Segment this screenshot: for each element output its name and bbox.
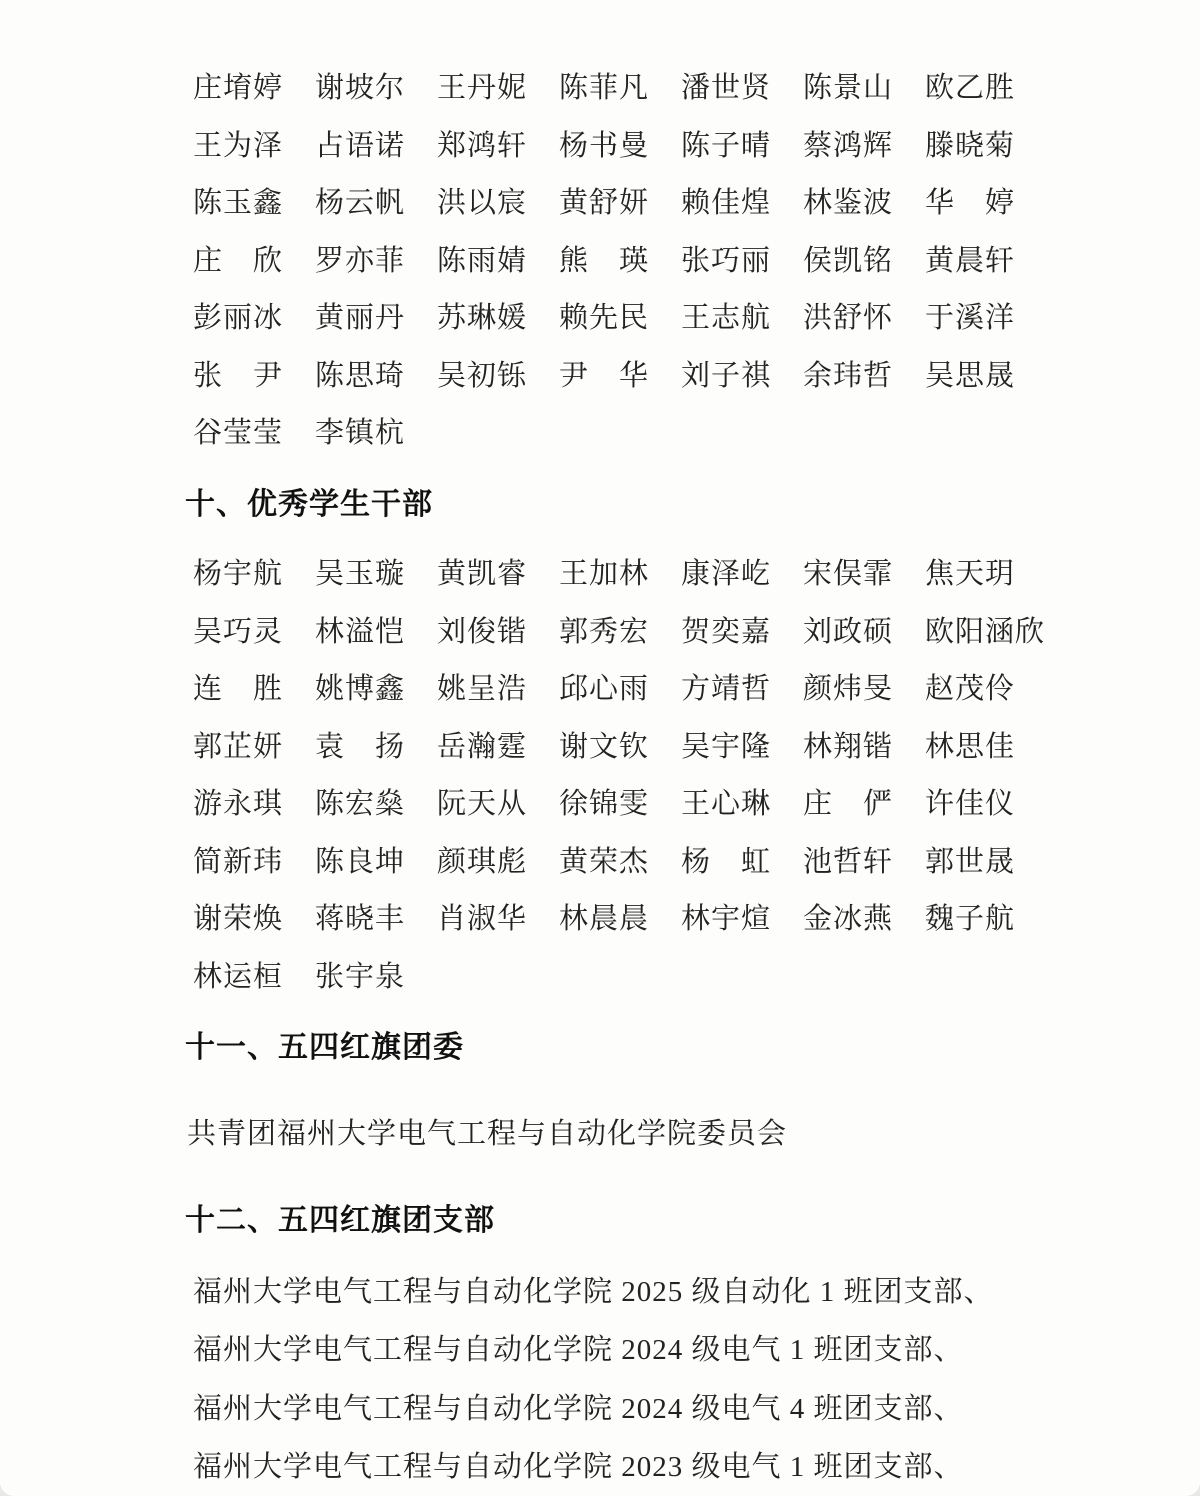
name-row: 彭丽冰黄丽丹苏琳媛赖先民王志航洪舒怀于溪洋	[193, 290, 1060, 348]
person-name: 黄荣杰	[559, 834, 681, 892]
name-row: 庄 欣罗亦菲陈雨婧熊 瑛张巧丽侯凯铭黄晨轩	[193, 233, 1060, 291]
person-name: 杨 虹	[681, 834, 803, 892]
name-row: 庄堉婷谢坡尔王丹妮陈菲凡潘世贤陈景山欧乙胜	[193, 60, 1060, 118]
person-name: 林运桓	[193, 949, 315, 1007]
person-name: 颜炜旻	[803, 661, 925, 719]
person-name: 黄舒妍	[559, 175, 681, 233]
person-name: 袁 扬	[315, 719, 437, 777]
name-row: 陈玉鑫杨云帆洪以宸黄舒妍赖佳煌林鉴波华 婷	[193, 175, 1060, 233]
section-heading-red-flag-league-committee: 十一、五四红旗团委	[185, 1019, 1060, 1077]
person-name: 康泽屹	[681, 546, 803, 604]
person-name: 肖淑华	[437, 891, 559, 949]
name-row: 谷莹莹李镇杭	[193, 405, 1060, 463]
person-name: 余玮哲	[803, 348, 925, 406]
person-name: 郭芷妍	[193, 719, 315, 777]
league-branch-line: 福州大学电气工程与自动化学院 2024 级电气 4 班团支部、	[193, 1380, 1060, 1439]
person-name: 岳瀚霆	[437, 719, 559, 777]
person-name: 刘子祺	[681, 348, 803, 406]
person-name: 姚博鑫	[315, 661, 437, 719]
person-name: 吴初铄	[437, 348, 559, 406]
person-name: 洪舒怀	[803, 290, 925, 348]
person-name: 魏子航	[925, 891, 1065, 949]
person-name: 彭丽冰	[193, 290, 315, 348]
league-branch-line: 福州大学电气工程与自动化学院 2025 级自动化 1 班团支部、	[193, 1263, 1060, 1322]
red-flag-league-branch-list: 福州大学电气工程与自动化学院 2025 级自动化 1 班团支部、福州大学电气工程…	[193, 1263, 1060, 1496]
person-name: 欧阳涵欣	[925, 604, 1065, 662]
person-name: 林晨晨	[559, 891, 681, 949]
name-row: 连 胜姚博鑫姚呈浩邱心雨方靖哲颜炜旻赵茂伶	[193, 661, 1060, 719]
person-name: 熊 瑛	[559, 233, 681, 291]
name-row: 王为泽占语诺郑鸿轩杨书曼陈子晴蔡鸿辉滕晓菊	[193, 118, 1060, 176]
person-name: 郭世晟	[925, 834, 1065, 892]
person-name: 陈雨婧	[437, 233, 559, 291]
person-name: 张 尹	[193, 348, 315, 406]
person-name: 潘世贤	[681, 60, 803, 118]
person-name: 庄堉婷	[193, 60, 315, 118]
person-name: 谢荣焕	[193, 891, 315, 949]
person-name: 林溢恺	[315, 604, 437, 662]
person-name: 邱心雨	[559, 661, 681, 719]
person-name: 赖先民	[559, 290, 681, 348]
person-name: 陈玉鑫	[193, 175, 315, 233]
person-name: 陈良坤	[315, 834, 437, 892]
person-name: 赖佳煌	[681, 175, 803, 233]
person-name: 侯凯铭	[803, 233, 925, 291]
person-name: 罗亦菲	[315, 233, 437, 291]
person-name: 谷莹莹	[193, 405, 315, 463]
person-name: 林思佳	[925, 719, 1065, 777]
name-row: 游永琪陈宏燊阮天从徐锦雯王心琳庄 俨许佳仪	[193, 776, 1060, 834]
person-name: 游永琪	[193, 776, 315, 834]
person-name: 刘政硕	[803, 604, 925, 662]
person-name: 徐锦雯	[559, 776, 681, 834]
person-name: 林宇煊	[681, 891, 803, 949]
person-name: 黄丽丹	[315, 290, 437, 348]
person-name: 赵茂伶	[925, 661, 1065, 719]
person-name: 张巧丽	[681, 233, 803, 291]
person-name: 黄凯睿	[437, 546, 559, 604]
person-name: 欧乙胜	[925, 60, 1047, 118]
person-name: 郭秀宏	[559, 604, 681, 662]
person-name: 蔡鸿辉	[803, 118, 925, 176]
person-name: 洪以宸	[437, 175, 559, 233]
person-name: 王心琳	[681, 776, 803, 834]
section-heading-outstanding-student-cadres: 十、优秀学生干部	[185, 476, 1060, 534]
person-name: 林翔锴	[803, 719, 925, 777]
person-name: 方靖哲	[681, 661, 803, 719]
awardee-name-list-top: 庄堉婷谢坡尔王丹妮陈菲凡潘世贤陈景山欧乙胜王为泽占语诺郑鸿轩杨书曼陈子晴蔡鸿辉滕…	[193, 60, 1060, 463]
awardee-name-list-outstanding-student-cadres: 杨宇航吴玉璇黄凯睿王加林康泽屹宋俣霏焦天玥吴巧灵林溢恺刘俊锴郭秀宏贺奕嘉刘政硕欧…	[193, 546, 1060, 1006]
person-name: 简新玮	[193, 834, 315, 892]
person-name: 杨书曼	[559, 118, 681, 176]
person-name: 许佳仪	[925, 776, 1065, 834]
person-name: 庄 俨	[803, 776, 925, 834]
person-name: 宋俣霏	[803, 546, 925, 604]
person-name: 滕晓菊	[925, 118, 1047, 176]
person-name: 贺奕嘉	[681, 604, 803, 662]
person-name: 华 婷	[925, 175, 1047, 233]
name-row: 郭芷妍袁 扬岳瀚霆谢文钦吴宇隆林翔锴林思佳	[193, 719, 1060, 777]
person-name: 尹 华	[559, 348, 681, 406]
person-name: 吴宇隆	[681, 719, 803, 777]
person-name: 占语诺	[315, 118, 437, 176]
person-name: 庄 欣	[193, 233, 315, 291]
person-name: 吴思晟	[925, 348, 1047, 406]
person-name: 李镇杭	[315, 405, 437, 463]
person-name: 王加林	[559, 546, 681, 604]
name-row: 吴巧灵林溢恺刘俊锴郭秀宏贺奕嘉刘政硕欧阳涵欣	[193, 604, 1060, 662]
person-name: 黄晨轩	[925, 233, 1047, 291]
person-name: 陈子晴	[681, 118, 803, 176]
person-name: 陈思琦	[315, 348, 437, 406]
person-name: 郑鸿轩	[437, 118, 559, 176]
person-name: 金冰燕	[803, 891, 925, 949]
person-name: 王丹妮	[437, 60, 559, 118]
person-name: 池哲轩	[803, 834, 925, 892]
section-heading-red-flag-league-branches: 十二、五四红旗团支部	[185, 1192, 1060, 1250]
person-name: 于溪洋	[925, 290, 1047, 348]
person-name: 谢坡尔	[315, 60, 437, 118]
person-name: 阮天从	[437, 776, 559, 834]
person-name: 连 胜	[193, 661, 315, 719]
person-name: 姚呈浩	[437, 661, 559, 719]
person-name: 陈景山	[803, 60, 925, 118]
person-name: 谢文钦	[559, 719, 681, 777]
person-name: 王为泽	[193, 118, 315, 176]
person-name: 杨云帆	[315, 175, 437, 233]
person-name: 陈菲凡	[559, 60, 681, 118]
name-row: 谢荣焕蒋晓丰肖淑华林晨晨林宇煊金冰燕魏子航	[193, 891, 1060, 949]
name-row: 林运桓张宇泉	[193, 949, 1060, 1007]
league-branch-line: 福州大学电气工程与自动化学院 2024 级电气 1 班团支部、	[193, 1321, 1060, 1380]
person-name: 蒋晓丰	[315, 891, 437, 949]
person-name: 刘俊锴	[437, 604, 559, 662]
person-name: 杨宇航	[193, 546, 315, 604]
red-flag-league-committee-name: 共青团福州大学电气工程与自动化学院委员会	[187, 1106, 1060, 1164]
person-name: 吴巧灵	[193, 604, 315, 662]
person-name: 张宇泉	[315, 949, 437, 1007]
league-branch-line: 福州大学电气工程与自动化学院 2023 级电气 1 班团支部、	[193, 1438, 1060, 1496]
person-name: 苏琳媛	[437, 290, 559, 348]
person-name: 林鉴波	[803, 175, 925, 233]
person-name: 焦天玥	[925, 546, 1065, 604]
name-row: 简新玮陈良坤颜琪彪黄荣杰杨 虹池哲轩郭世晟	[193, 834, 1060, 892]
person-name: 吴玉璇	[315, 546, 437, 604]
person-name: 王志航	[681, 290, 803, 348]
person-name: 颜琪彪	[437, 834, 559, 892]
document-page: 庄堉婷谢坡尔王丹妮陈菲凡潘世贤陈景山欧乙胜王为泽占语诺郑鸿轩杨书曼陈子晴蔡鸿辉滕…	[0, 0, 1200, 1496]
person-name: 陈宏燊	[315, 776, 437, 834]
name-row: 杨宇航吴玉璇黄凯睿王加林康泽屹宋俣霏焦天玥	[193, 546, 1060, 604]
name-row: 张 尹陈思琦吴初铄尹 华刘子祺余玮哲吴思晟	[193, 348, 1060, 406]
